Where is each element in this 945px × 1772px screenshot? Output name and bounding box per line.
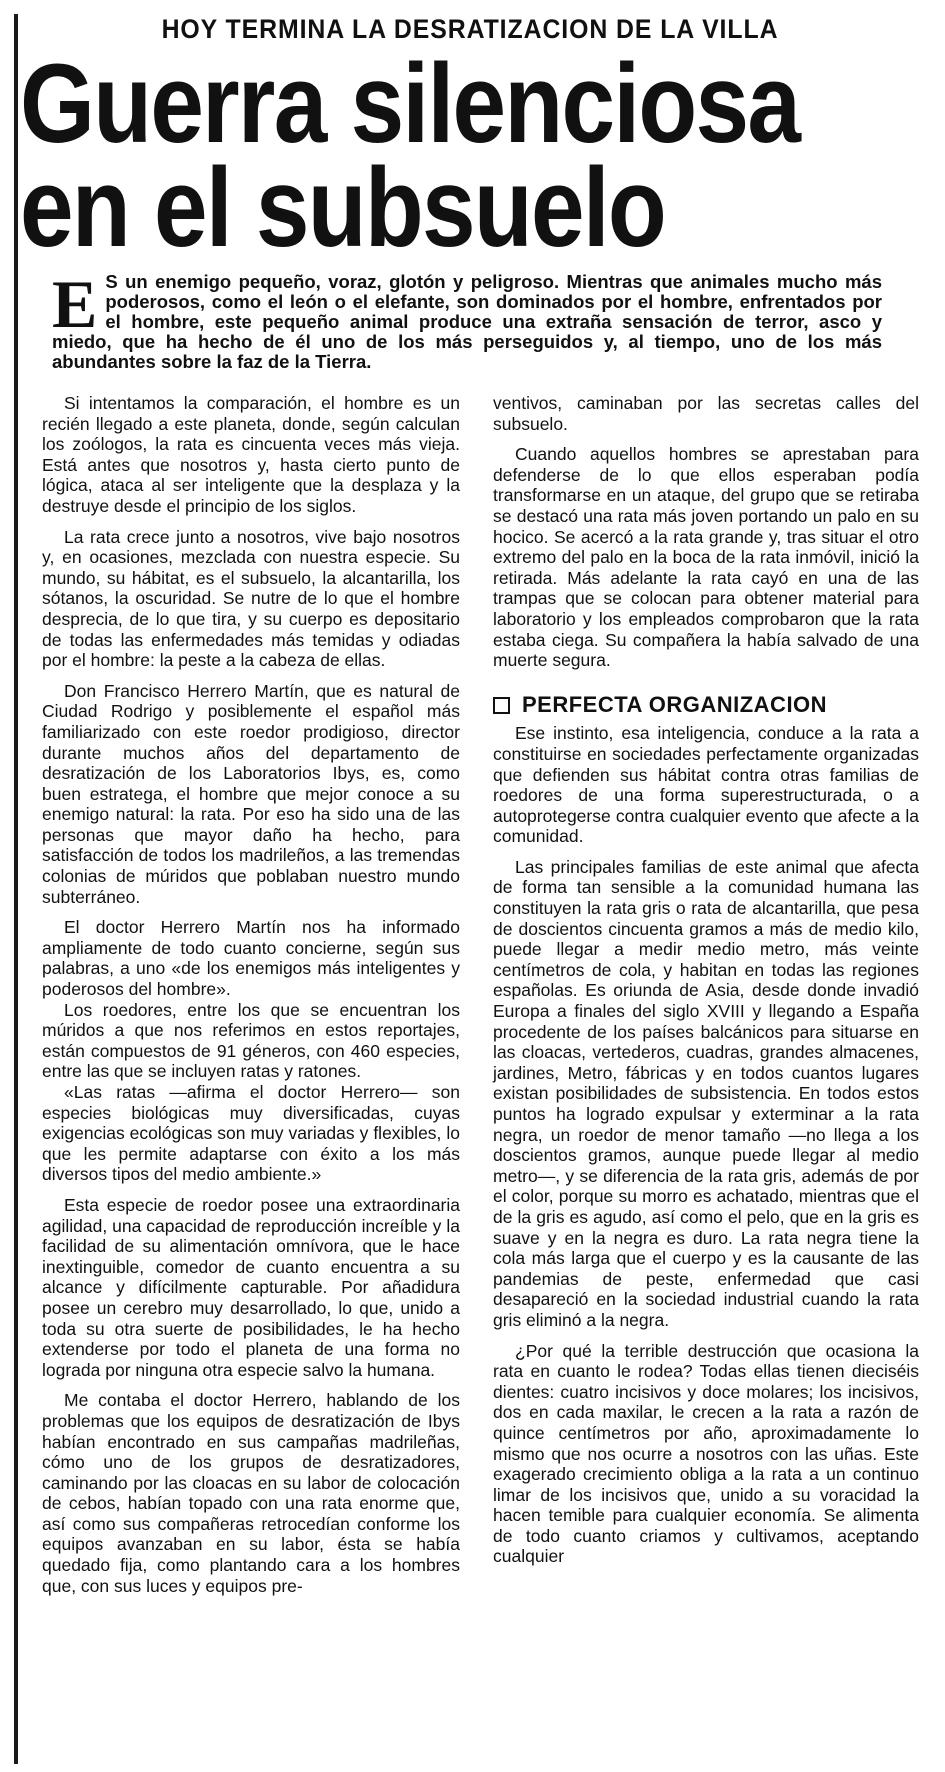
paragraph: La rata crece junto a nosotros, vive baj… (42, 527, 460, 671)
section-subhead: PERFECTA ORGANIZACION (493, 695, 919, 716)
right-column: ventivos, caminaban por las secretas cal… (493, 393, 919, 1577)
paragraph: Ese instinto, esa inteligencia, conduce … (493, 723, 919, 847)
paragraph: ¿Por qué la terrible destrucción que oca… (493, 1341, 919, 1568)
paragraph: Los roedores, entre los que se encuentra… (42, 1000, 460, 1082)
paragraph: Me contaba el doctor Herrero, hablando d… (42, 1390, 460, 1596)
paragraph: Las principales familias de este animal … (493, 857, 919, 1331)
paragraph: Si intentamos la comparación, el hombre … (42, 393, 460, 517)
page-left-border-rule (14, 14, 18, 1764)
paragraph: «Las ratas —afirma el doctor Herrero— so… (42, 1082, 460, 1185)
headline-line-2: en el subsuelo (20, 156, 794, 260)
headline-line-1: Guerra silenciosa (20, 52, 794, 156)
paragraph: El doctor Herrero Martín nos ha informad… (42, 917, 460, 999)
lead-paragraph: E S un enemigo pequeño, voraz, glotón y … (52, 272, 882, 372)
square-box-icon (493, 697, 510, 714)
paragraph: Cuando aquellos hombres se aprestaban pa… (493, 444, 919, 671)
subhead-text: PERFECTA ORGANIZACION (522, 695, 827, 716)
left-column: Si intentamos la comparación, el hombre … (42, 393, 460, 1606)
paragraph: Don Francisco Herrero Martín, que es nat… (42, 681, 460, 908)
lead-text: S un enemigo pequeño, voraz, glotón y pe… (52, 271, 882, 372)
paragraph: ventivos, caminaban por las secretas cal… (493, 393, 919, 434)
drop-cap: E (52, 274, 97, 332)
paragraph: Esta especie de roedor posee una extraor… (42, 1195, 460, 1380)
main-headline: Guerra silenciosa en el subsuelo (20, 52, 794, 260)
